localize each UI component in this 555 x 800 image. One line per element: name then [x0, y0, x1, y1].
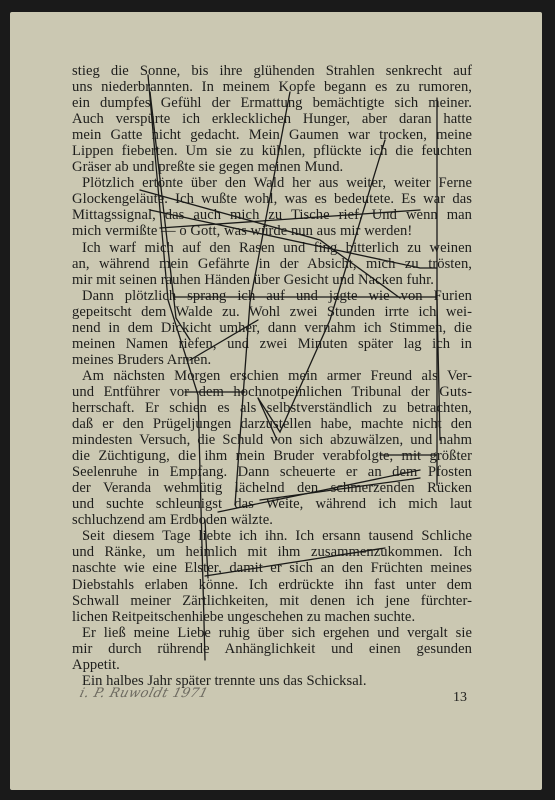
text-line: ein dumpfes Gefühl der Ermattung bemächt…: [72, 95, 472, 111]
text-line: an, während mein Gefährte in der Absicht…: [72, 256, 472, 272]
text-line: meinen Namen riefen, und zwei Minuten sp…: [72, 336, 472, 352]
text-line: Gräser ab und preßte sie gegen meinen Mu…: [72, 159, 472, 175]
text-line: Auch verspürte ich erklecklichen Hunger,…: [72, 111, 472, 127]
text-line: Er ließ meine Liebe ruhig über sich erge…: [72, 625, 472, 641]
text-line: mein Gatte nicht gedacht. Mein Gaumen wa…: [72, 127, 472, 143]
text-line: Plötzlich ertönte über den Wald her aus …: [72, 175, 472, 191]
text-line: daß er den Prügeljungen darzustellen hab…: [72, 416, 472, 432]
text-line: naschte wie eine Elster, damit er sich a…: [72, 560, 472, 576]
text-line: Seelenruhe in Empfang. Dann scheuerte er…: [72, 464, 472, 480]
text-line: mir mit seinen rauhen Händen über Gesich…: [72, 272, 472, 288]
text-line: Mittagssignal, das auch mich zu Tische r…: [72, 207, 472, 223]
text-line: und suchte schleunigst das Weite, währen…: [72, 496, 472, 512]
text-line: schluchzend am Erdboden wälzte.: [72, 512, 472, 528]
text-line: nend in dem Dickicht umher, dann vernahm…: [72, 320, 472, 336]
text-line: mir durch rührende Anhänglichkeit und ei…: [72, 641, 472, 657]
text-line: uns niederbrannten. In meinem Kopfe bega…: [72, 79, 472, 95]
text-line: lichen Reitpeitschenhiebe ungeschehen zu…: [72, 609, 472, 625]
text-line: und Ränke, um heimlich mit ihm zusammenz…: [72, 544, 472, 560]
text-line: die Züchtigung, die ihm mein Bruder vera…: [72, 448, 472, 464]
text-line: gepeitscht dem Walde zu. Wohl zwei Stund…: [72, 304, 472, 320]
text-line: herrschaft. Er schien es als selbstverst…: [72, 400, 472, 416]
text-line: Glockengeläute. Ich wußte wohl, was es b…: [72, 191, 472, 207]
text-line: Schwall meiner Zärtlichkeiten, mit denen…: [72, 593, 472, 609]
text-line: Lippen fieberten. Um sie zu kühlen, pflü…: [72, 143, 472, 159]
page-text: stieg die Sonne, bis ihre glühenden Stra…: [72, 63, 472, 689]
text-line: der Veranda wehmütig lächelnd den schmer…: [72, 480, 472, 496]
text-line: Diebstahls erlaben könne. Ich erdrückte …: [72, 577, 472, 593]
text-line: Am nächsten Morgen erschien mein armer F…: [72, 368, 472, 384]
handwritten-signature: i. P. Ruwoldt 1971: [78, 686, 210, 701]
text-line: Seit diesem Tage liebte ich ihn. Ich ers…: [72, 528, 472, 544]
text-line: mindesten Versuch, die Schuld von sich a…: [72, 432, 472, 448]
text-line: meines Bruders Armen.: [72, 352, 472, 368]
text-line: Ich warf mich auf den Rasen und fing bit…: [72, 240, 472, 256]
page-number: 13: [453, 690, 467, 706]
text-line: stieg die Sonne, bis ihre glühenden Stra…: [72, 63, 472, 79]
text-line: Appetit.: [72, 657, 472, 673]
text-line: und Entführer vor dem hochnotpeinlichen …: [72, 384, 472, 400]
text-line: Dann plötzlich sprang ich auf und jagte …: [72, 288, 472, 304]
text-line: mich vermißte — o Gott, was würde nun au…: [72, 223, 472, 239]
